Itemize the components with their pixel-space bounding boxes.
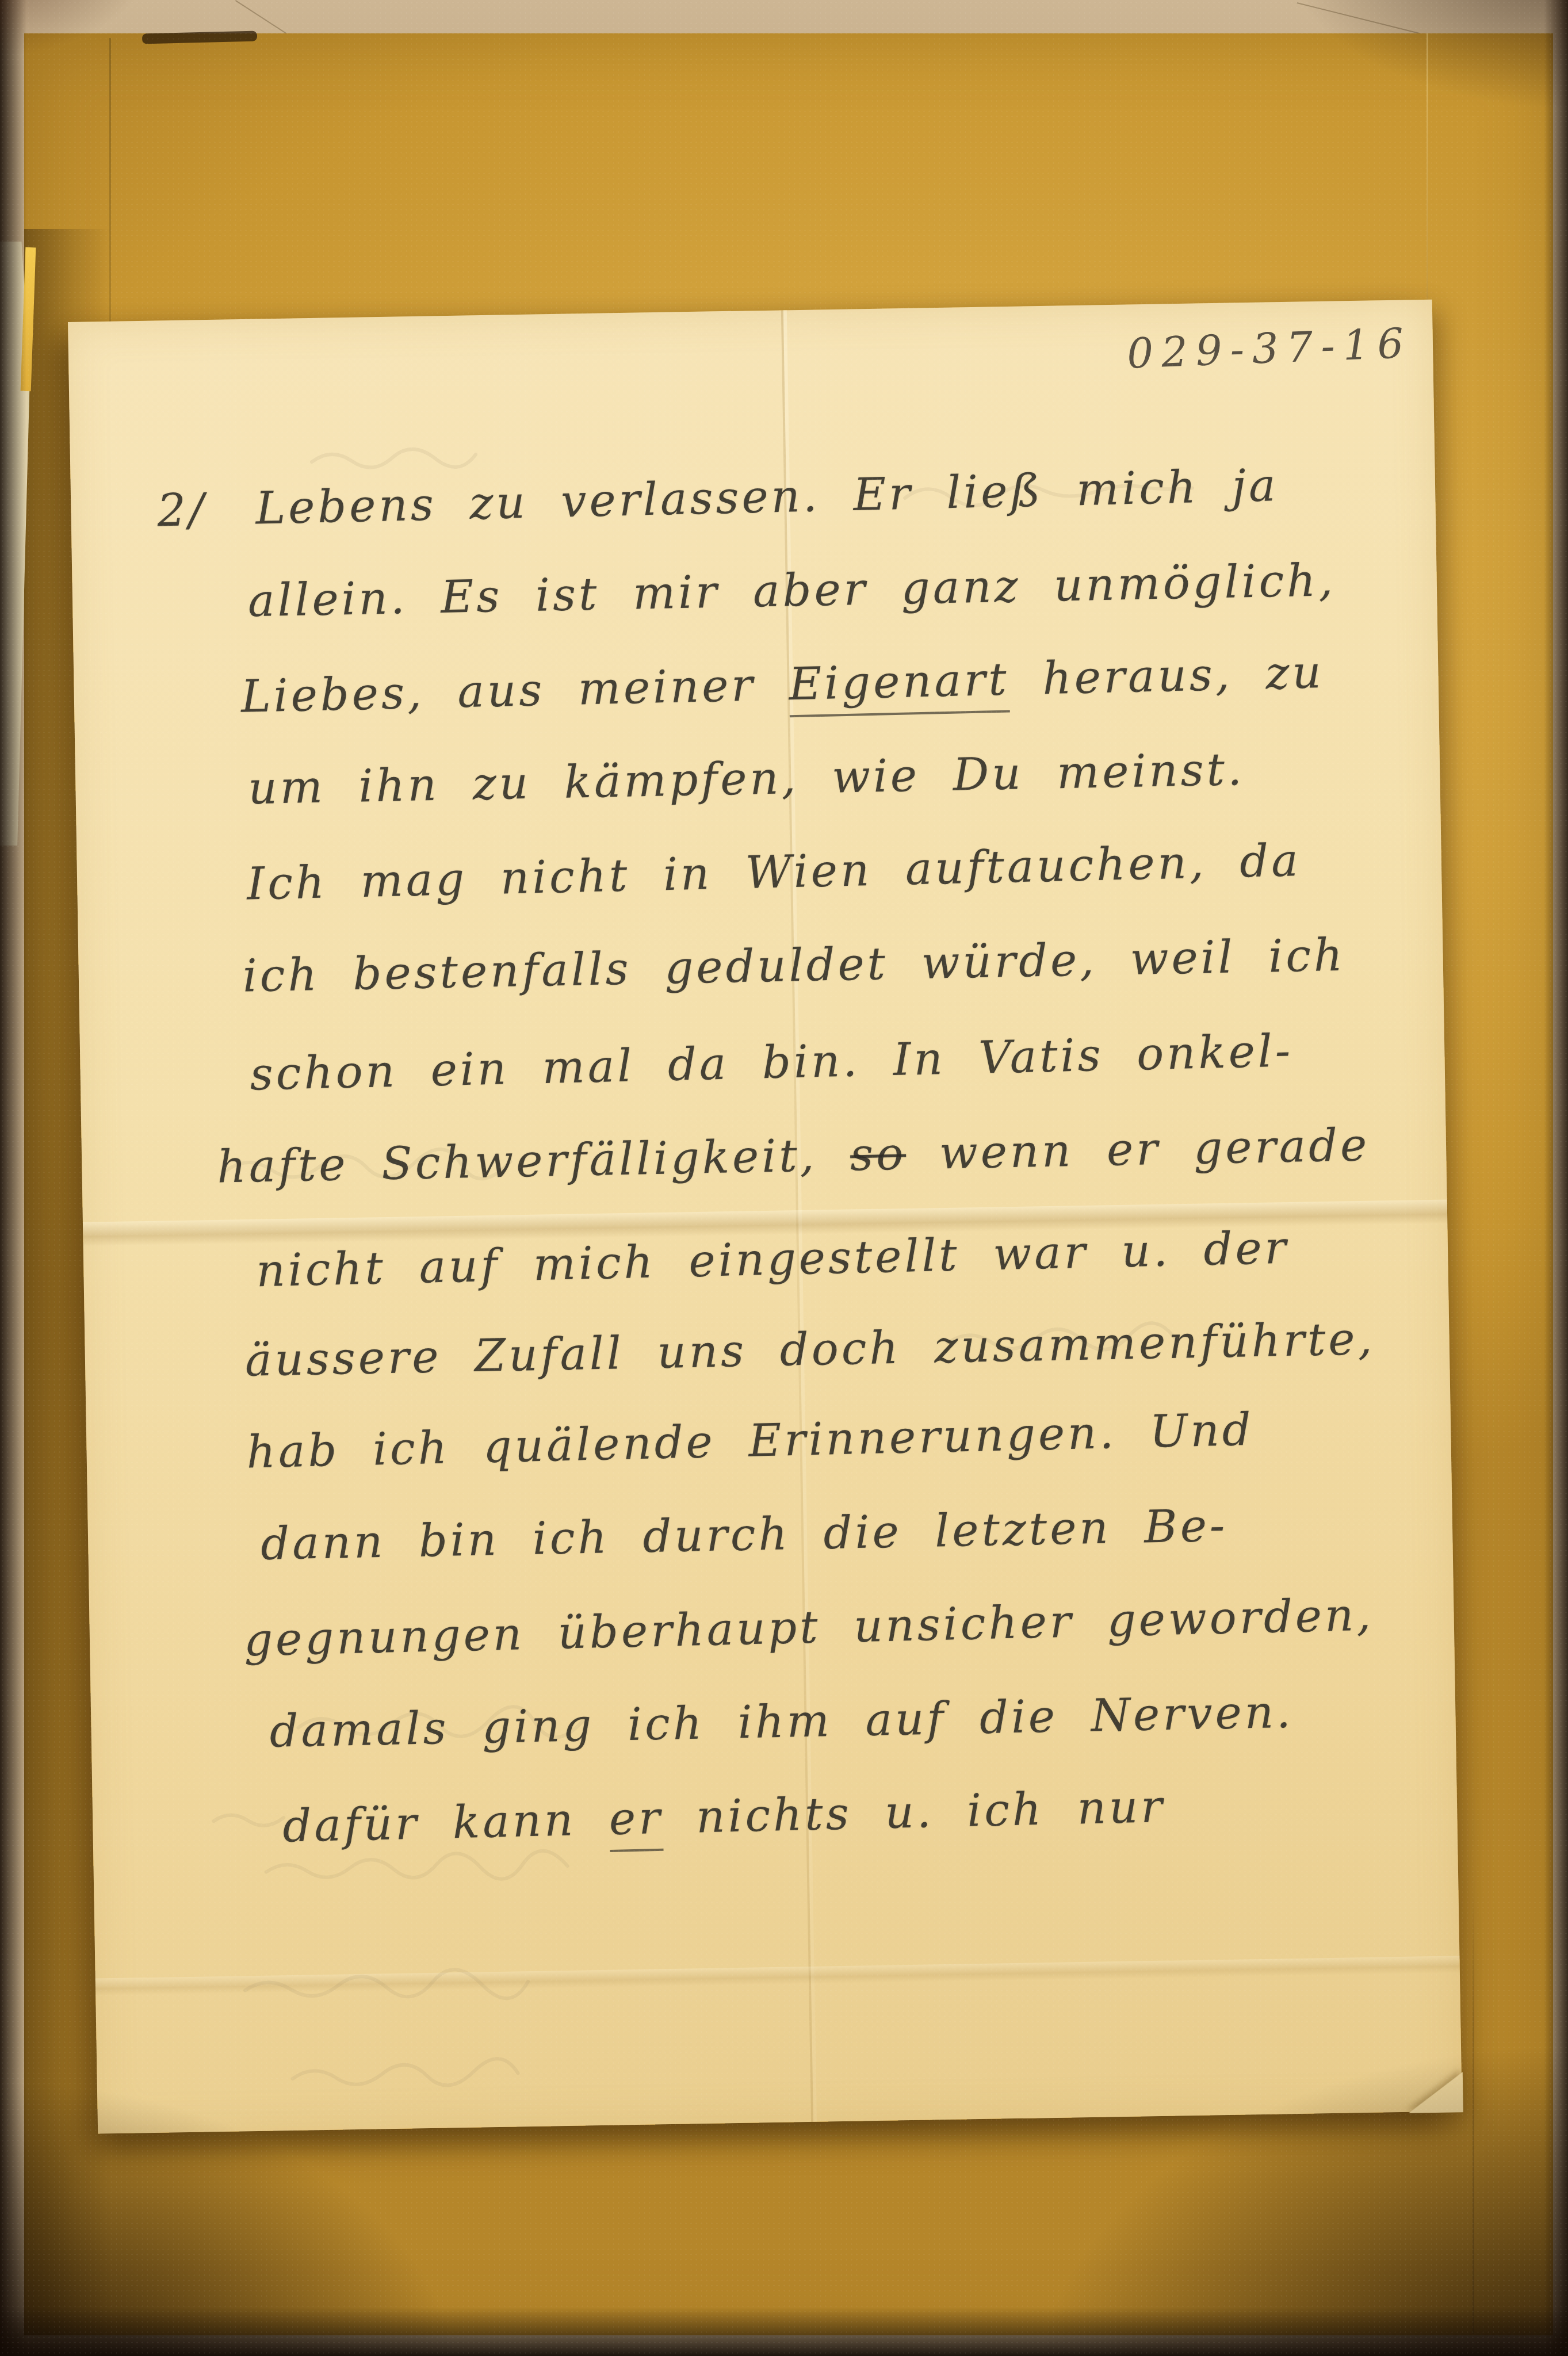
handwriting-segment: so <box>850 1129 907 1181</box>
handwriting-segment: Eigenart <box>788 654 1010 718</box>
handwriting-segment: um ihn zu kämpfen, wie Du meinst. <box>248 744 1245 814</box>
paper-fold-horizontal <box>95 1956 1460 1995</box>
letter-line: Ich mag nicht in Wien auftauchen, da <box>246 829 1302 916</box>
folder-crease <box>1473 1891 1474 2334</box>
handwriting-segment: er <box>609 1792 664 1852</box>
letter-line: ich bestenfalls geduldet würde, weil ich <box>242 924 1346 1008</box>
background-crease <box>1297 2 1431 37</box>
letter-line: hab ich quälende Erinnerungen. Und <box>246 1398 1254 1485</box>
handwriting-segment: Liebes, aus meiner <box>240 659 790 723</box>
handwriting-segment: heraus, zu <box>1009 647 1325 705</box>
handwriting-segment: hafte Schwerfälligkeit, <box>217 1129 851 1193</box>
handwriting-segment: Lebens zu verlassen. Er ließ mich ja <box>255 460 1279 534</box>
paper-corner-fold <box>1408 2072 1463 2113</box>
letter-line: 2/Lebens zu verlassen. Er ließ mich ja <box>156 454 1279 542</box>
letter-line: hafte Schwerfälligkeit, so wenn er gerad… <box>216 1114 1370 1199</box>
letter-line: Liebes, aus meiner Eigenart heraus, zu <box>240 641 1325 729</box>
handwriting-segment: nichts u. ich nur <box>662 1781 1165 1844</box>
letter-line: damals ging ich ihm auf die Nerven. <box>269 1681 1294 1764</box>
photograph-of-letter: 029-37-16 2/Lebens zu verlassen. Er ließ… <box>0 0 1568 2356</box>
handwriting-segment: schon ein mal da bin. In Vatis onkel- <box>250 1025 1294 1100</box>
handwriting-segment: gegnungen überhaupt unsicher geworden, <box>243 1589 1374 1667</box>
letter-page: 029-37-16 2/Lebens zu verlassen. Er ließ… <box>68 300 1462 2134</box>
letter-line: dann bin ich durch die letzten Be- <box>260 1494 1228 1576</box>
handwriting-segment: ich bestenfalls geduldet würde, weil ich <box>242 930 1346 1003</box>
handwriting-segment: 2/ <box>156 484 207 537</box>
handwriting-segment: äussere Zufall uns doch zusammenführte, <box>244 1313 1375 1387</box>
catalog-number: 029-37-16 <box>1126 319 1413 378</box>
letter-line: äussere Zufall uns doch zusammenführte, <box>244 1307 1375 1393</box>
handwriting-segment: allein. Es ist mir aber ganz unmöglich, <box>247 554 1336 627</box>
letter-line: um ihn zu kämpfen, wie Du meinst. <box>247 738 1245 820</box>
handwriting-segment: wenn er gerade <box>905 1119 1370 1180</box>
handwriting-segment: hab ich quälende Erinnerungen. Und <box>246 1404 1255 1479</box>
letter-line: schon ein mal da bin. In Vatis onkel- <box>250 1019 1294 1106</box>
letter-line: allein. Es ist mir aber ganz unmöglich, <box>247 549 1336 633</box>
handwriting-segment: Ich mag nicht in Wien auftauchen, da <box>246 835 1301 911</box>
handwriting-segment: dafür kann <box>282 1793 610 1853</box>
letter-line: dafür kann er nichts u. ich nur <box>282 1775 1166 1858</box>
handwriting-segment: damals ging ich ihm auf die Nerven. <box>269 1686 1294 1758</box>
letter-line: gegnungen überhaupt unsicher geworden, <box>243 1584 1374 1673</box>
handwriting-segment: dann bin ich durch die letzten Be- <box>260 1500 1228 1570</box>
folder-tear <box>142 31 257 44</box>
